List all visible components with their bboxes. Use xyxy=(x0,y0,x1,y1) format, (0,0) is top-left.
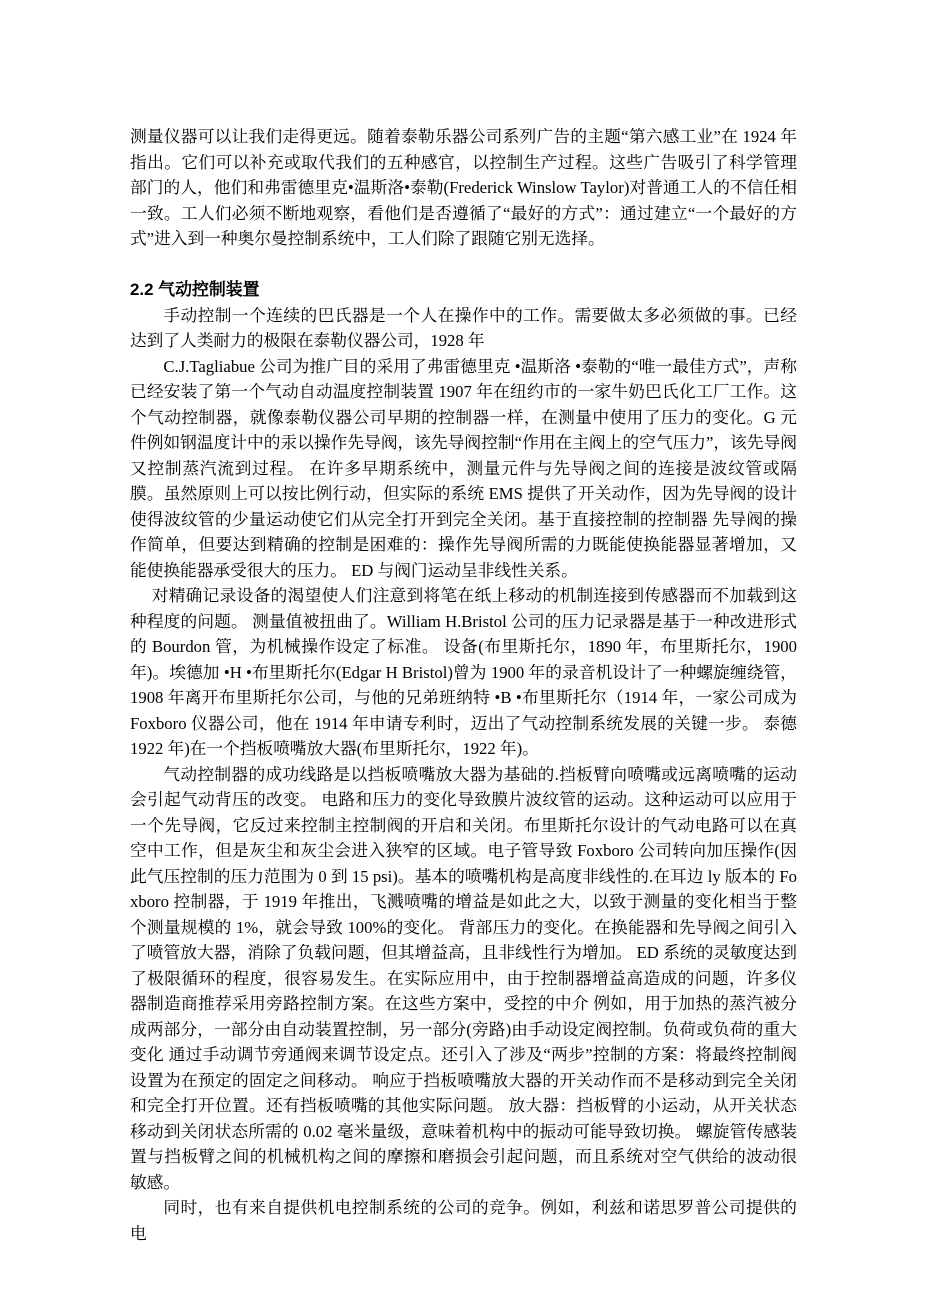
section-heading-pneumatic-control: 2.2 气动控制装置 xyxy=(130,277,797,303)
paragraph-measuring-instruments: 测量仪器可以让我们走得更远。随着泰勒乐器公司系列广告的主题“第六感工业”在 19… xyxy=(130,124,797,252)
paragraph-tagliabue-company: C.J.Tagliabue 公司为推广目的采用了弗雷德里克 •温斯洛 •泰勒的“… xyxy=(130,354,797,584)
paragraph-manual-control: 手动控制一个连续的巴氏器是一个人在操作中的工作。需要做太多必须做的事。已经达到了… xyxy=(130,303,797,354)
paragraph-recording-devices: 对精确记录设备的渴望使人们注意到将笔在纸上移动的机制连接到传感器而不加载到这种程… xyxy=(130,583,797,762)
paragraph-pneumatic-amplifier: 气动控制器的成功线路是以挡板喷嘴放大器为基础的.挡板臂向喷嘴或远离喷嘴的运动会引… xyxy=(130,762,797,1196)
document-page: 测量仪器可以让我们走得更远。随着泰勒乐器公司系列广告的主题“第六感工业”在 19… xyxy=(130,124,797,1246)
paragraph-electromechanical-competition: 同时，也有来自提供机电控制系统的公司的竞争。例如，利兹和诺思罗普公司提供的电 xyxy=(130,1195,797,1246)
